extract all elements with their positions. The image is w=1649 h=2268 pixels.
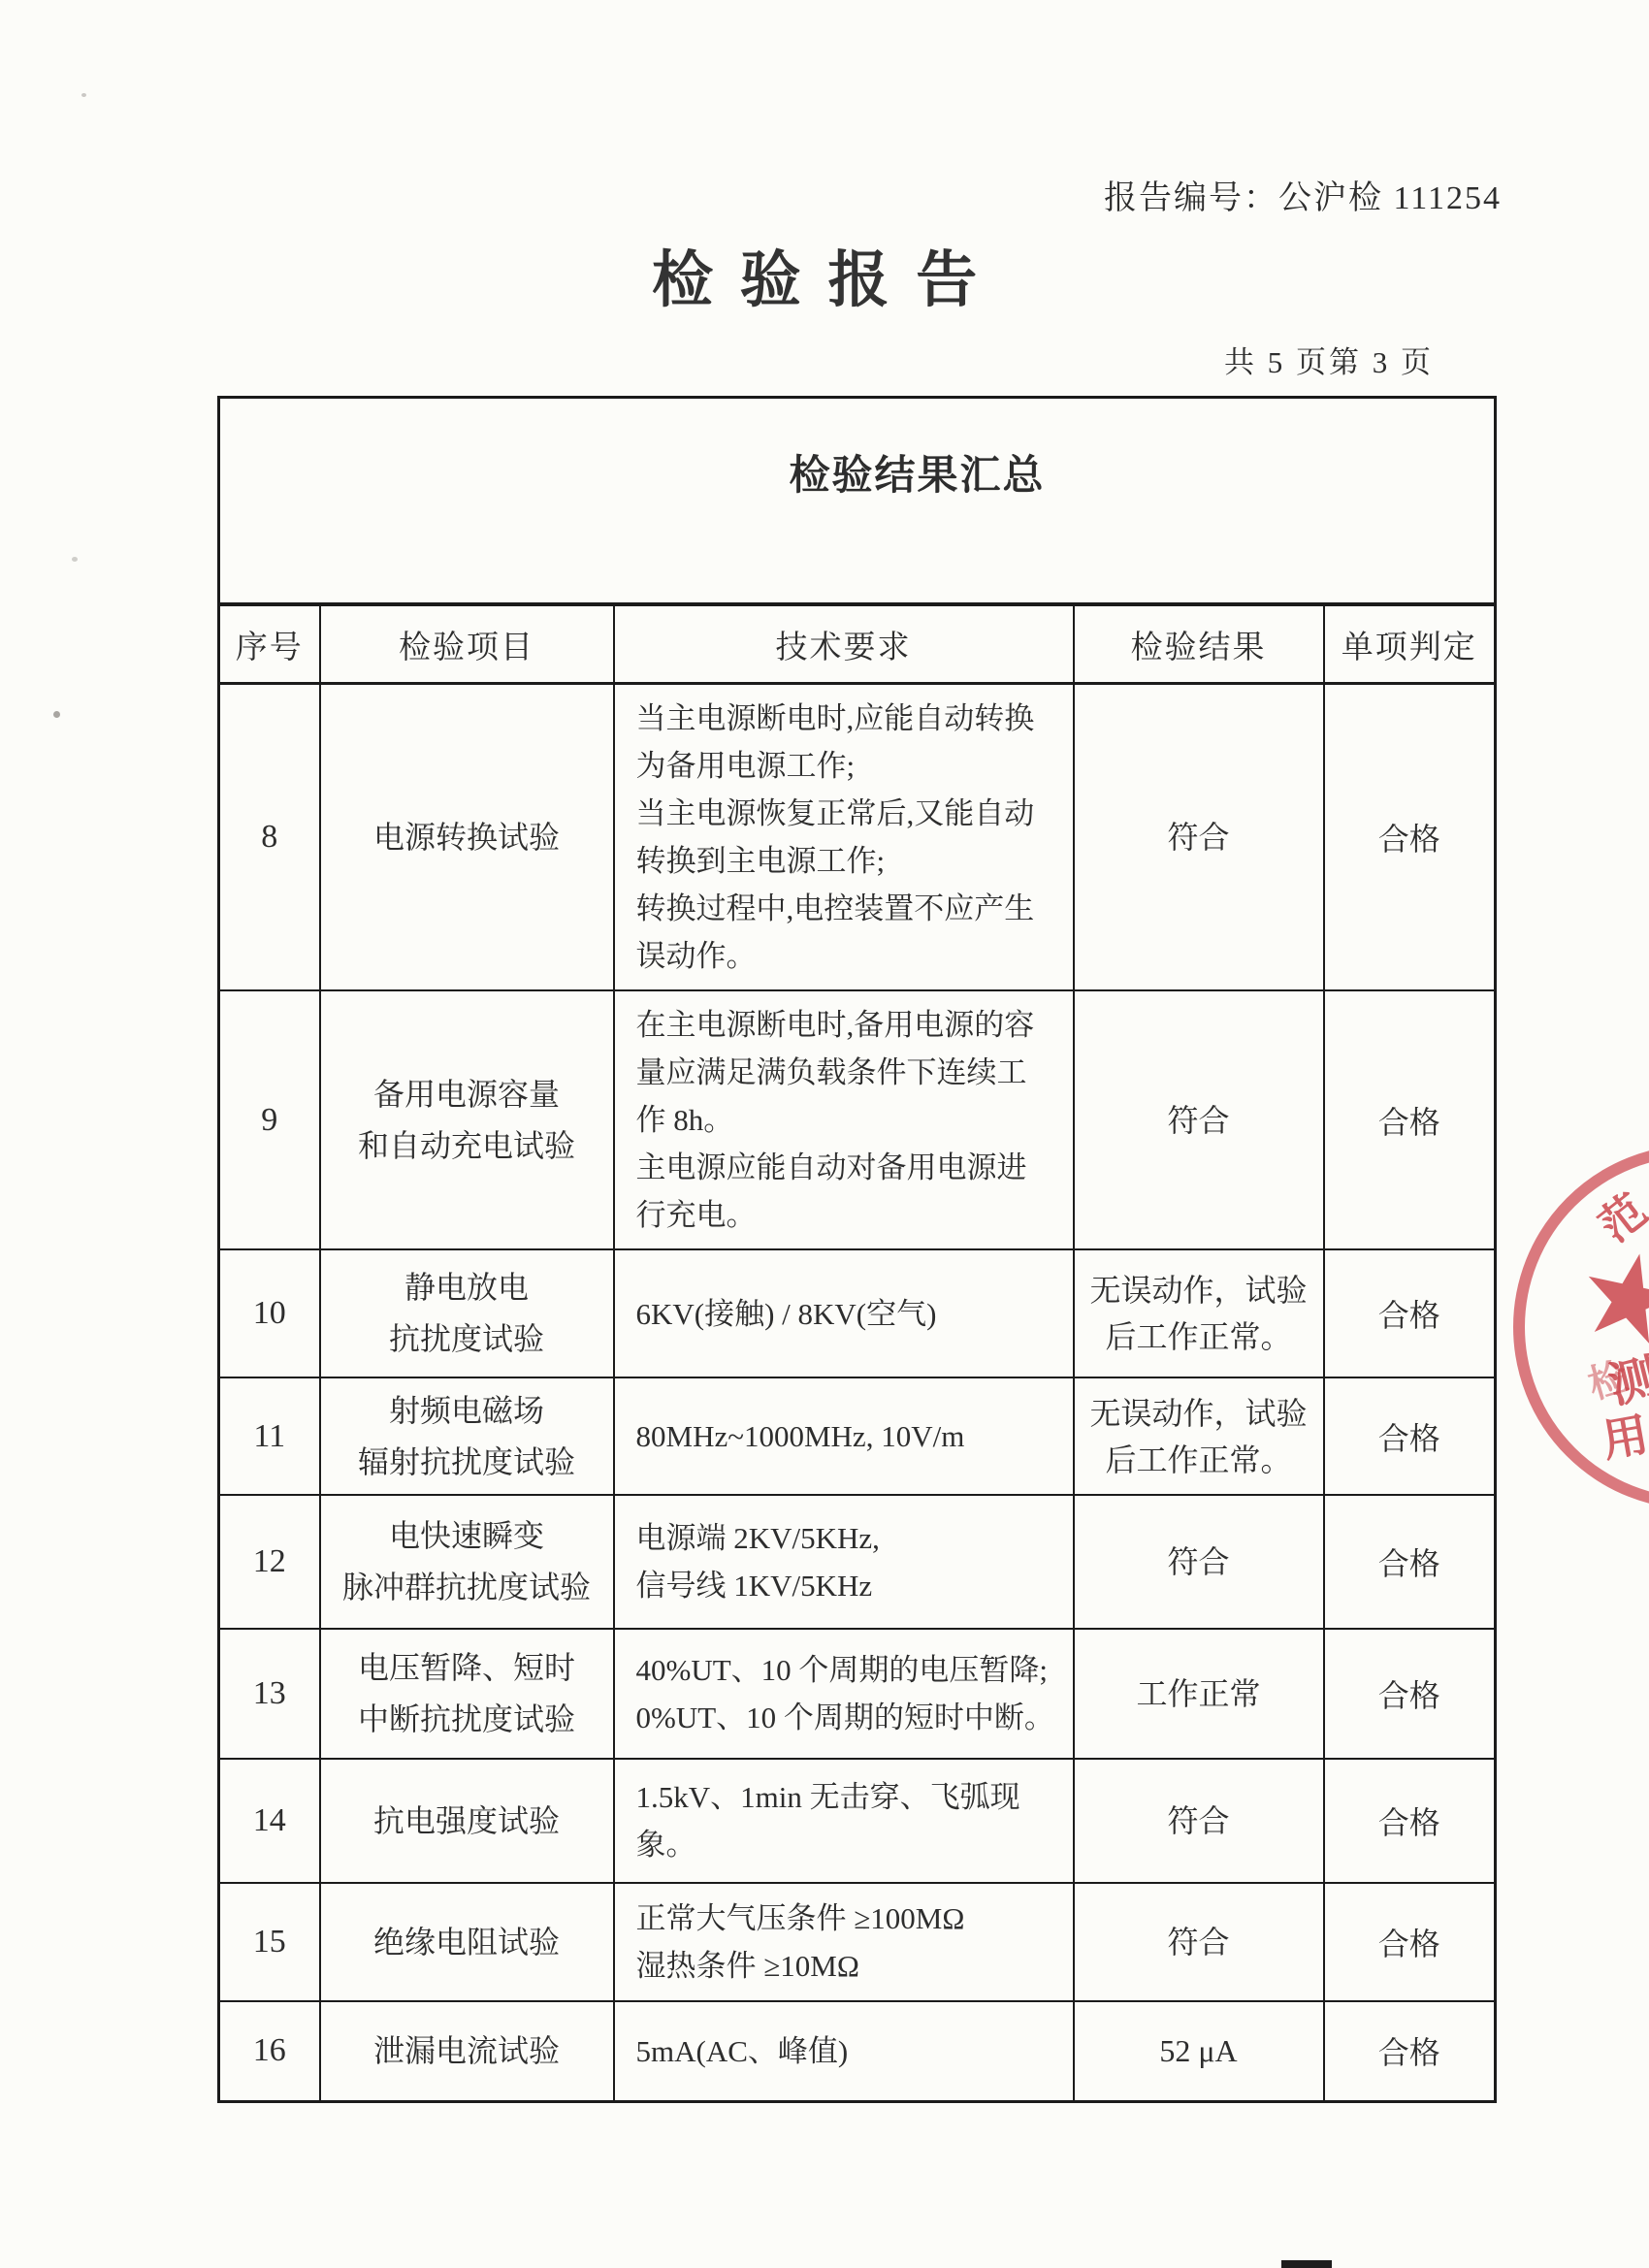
row-requirement: 6KV(接触) / 8KV(空气) bbox=[614, 1249, 1074, 1377]
row-no: 11 bbox=[219, 1377, 320, 1495]
row-verdict: 合格 bbox=[1324, 1629, 1496, 1759]
row-result: 符合 bbox=[1074, 990, 1324, 1249]
results-table: 检验结果汇总 序号 检验项目 技术要求 检验结果 单项判定 8 电源转换试验 当… bbox=[217, 396, 1497, 2103]
red-stamp: 范 ★ 检 测 用章 bbox=[1490, 1114, 1649, 1537]
row-result: 符合 bbox=[1074, 1759, 1324, 1883]
row-no: 14 bbox=[219, 1759, 320, 1883]
row-requirement: 1.5kV、1min 无击穿、飞弧现象。 bbox=[614, 1759, 1074, 1883]
row-item: 电压暂降、短时 中断抗扰度试验 bbox=[320, 1629, 614, 1759]
row-item: 绝缘电阻试验 bbox=[320, 1883, 614, 2001]
report-number: 报告编号：公沪检 111254 bbox=[1104, 171, 1502, 218]
row-no: 13 bbox=[219, 1629, 320, 1759]
stamp-text-bottom: 用章 bbox=[1597, 1388, 1649, 1470]
scan-artifact-bar bbox=[1281, 2260, 1332, 2268]
column-header-no: 序号 bbox=[219, 604, 320, 684]
row-item: 抗电强度试验 bbox=[320, 1759, 614, 1883]
row-requirement: 在主电源断电时,备用电源的容 量应满足满负载条件下连续工 作 8h。 主电源应能… bbox=[614, 990, 1074, 1249]
stamp-text-top: 范 bbox=[1584, 1177, 1649, 1254]
table-row: 12 电快速瞬变 脉冲群抗扰度试验 电源端 2KV/5KHz, 信号线 1KV/… bbox=[219, 1495, 1496, 1629]
stamp-text-mid: 测 bbox=[1600, 1338, 1649, 1417]
scan-speck bbox=[72, 557, 78, 562]
table-title: 检验结果汇总 bbox=[219, 398, 1496, 605]
table-row: 15 绝缘电阻试验 正常大气压条件 ≥100MΩ 湿热条件 ≥10MΩ 符合 合… bbox=[219, 1883, 1496, 2001]
row-result: 52 μA bbox=[1074, 2001, 1324, 2101]
row-requirement: 40%UT、10 个周期的电压暂降; 0%UT、10 个周期的短时中断。 bbox=[614, 1629, 1074, 1759]
page-number-info: 共 5 页第 3 页 bbox=[1224, 338, 1434, 381]
row-requirement: 电源端 2KV/5KHz, 信号线 1KV/5KHz bbox=[614, 1495, 1074, 1629]
row-result: 符合 bbox=[1074, 1883, 1324, 2001]
row-no: 15 bbox=[219, 1883, 320, 2001]
row-result: 无误动作，试验 后工作正常。 bbox=[1074, 1249, 1324, 1377]
row-verdict: 合格 bbox=[1324, 2001, 1496, 2101]
table-row: 10 静电放电 抗扰度试验 6KV(接触) / 8KV(空气) 无误动作，试验 … bbox=[219, 1249, 1496, 1377]
stamp-ring bbox=[1513, 1145, 1649, 1509]
row-requirement: 当主电源断电时,应能自动转换 为备用电源工作; 当主电源恢复正常后,又能自动 转… bbox=[614, 684, 1074, 991]
table-row: 8 电源转换试验 当主电源断电时,应能自动转换 为备用电源工作; 当主电源恢复正… bbox=[219, 684, 1496, 991]
row-item: 电快速瞬变 脉冲群抗扰度试验 bbox=[320, 1495, 614, 1629]
row-verdict: 合格 bbox=[1324, 684, 1496, 991]
table-row: 13 电压暂降、短时 中断抗扰度试验 40%UT、10 个周期的电压暂降; 0%… bbox=[219, 1629, 1496, 1759]
column-header-item: 检验项目 bbox=[320, 604, 614, 684]
row-no: 12 bbox=[219, 1495, 320, 1629]
table-row: 9 备用电源容量 和自动充电试验 在主电源断电时,备用电源的容 量应满足满负载条… bbox=[219, 990, 1496, 1249]
scan-speck bbox=[53, 711, 60, 718]
row-result: 符合 bbox=[1074, 1495, 1324, 1629]
row-requirement: 5mA(AC、峰值) bbox=[614, 2001, 1074, 2101]
stamp-star-icon: ★ bbox=[1571, 1229, 1649, 1368]
row-verdict: 合格 bbox=[1324, 1377, 1496, 1495]
row-item: 泄漏电流试验 bbox=[320, 2001, 614, 2101]
row-requirement: 正常大气压条件 ≥100MΩ 湿热条件 ≥10MΩ bbox=[614, 1883, 1074, 2001]
row-verdict: 合格 bbox=[1324, 1883, 1496, 2001]
scan-speck bbox=[81, 93, 86, 97]
row-item: 备用电源容量 和自动充电试验 bbox=[320, 990, 614, 1249]
row-verdict: 合格 bbox=[1324, 1495, 1496, 1629]
row-verdict: 合格 bbox=[1324, 1759, 1496, 1883]
row-requirement: 80MHz~1000MHz, 10V/m bbox=[614, 1377, 1074, 1495]
row-item: 射频电磁场 辐射抗扰度试验 bbox=[320, 1377, 614, 1495]
row-item: 电源转换试验 bbox=[320, 684, 614, 991]
page-title: 检 验 报 告 bbox=[652, 231, 983, 319]
row-result: 无误动作，试验 后工作正常。 bbox=[1074, 1377, 1324, 1495]
row-verdict: 合格 bbox=[1324, 990, 1496, 1249]
row-item: 静电放电 抗扰度试验 bbox=[320, 1249, 614, 1377]
row-no: 8 bbox=[219, 684, 320, 991]
table-row: 14 抗电强度试验 1.5kV、1min 无击穿、飞弧现象。 符合 合格 bbox=[219, 1759, 1496, 1883]
row-verdict: 合格 bbox=[1324, 1249, 1496, 1377]
row-result: 工作正常 bbox=[1074, 1629, 1324, 1759]
table-title-row: 检验结果汇总 bbox=[219, 398, 1496, 605]
column-header-requirement: 技术要求 bbox=[614, 604, 1074, 684]
row-no: 10 bbox=[219, 1249, 320, 1377]
column-header-result: 检验结果 bbox=[1074, 604, 1324, 684]
row-result: 符合 bbox=[1074, 684, 1324, 991]
table-header-row: 序号 检验项目 技术要求 检验结果 单项判定 bbox=[219, 604, 1496, 684]
column-header-verdict: 单项判定 bbox=[1324, 604, 1496, 684]
row-no: 16 bbox=[219, 2001, 320, 2101]
table-row: 16 泄漏电流试验 5mA(AC、峰值) 52 μA 合格 bbox=[219, 2001, 1496, 2101]
stamp-text-mid-small: 检 bbox=[1581, 1346, 1633, 1410]
row-no: 9 bbox=[219, 990, 320, 1249]
table-row: 11 射频电磁场 辐射抗扰度试验 80MHz~1000MHz, 10V/m 无误… bbox=[219, 1377, 1496, 1495]
